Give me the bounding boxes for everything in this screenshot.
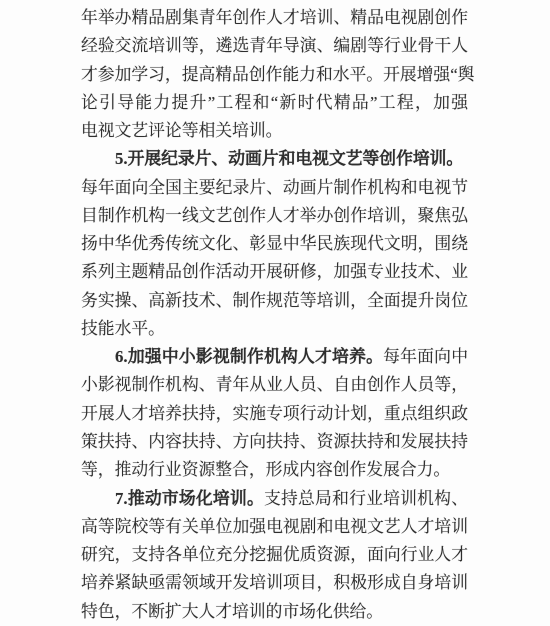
text-line-17: 等，推动行业资源整合，形成内容创作发展合力。 [81,456,468,484]
heading-text-segment: 7.推动市场化培训。 [115,489,264,508]
document-text-block: 年举办精品剧集青年创作人才培训、精品电视剧创作经验交流培训等，遴选青年导演、编剧… [81,4,468,626]
body-text-segment: 经验交流培训等，遴选青年导演、编剧等行业骨干人 [81,36,468,55]
text-line-2: 经验交流培训等，遴选青年导演、编剧等行业骨干人 [81,32,468,60]
body-text-segment: 电视文艺评论等相关培训。 [81,121,282,140]
heading-text-segment: 6.加强中小影视制作机构人才培养。 [115,347,383,366]
text-line-4: 论引导能力提升”工程和“新时代精品”工程，加强 [81,89,468,117]
text-line-14: 小影视制作机构、青年从业人员、自由创作人员等， [81,371,468,399]
body-text-segment: 特色，不断扩大人才培训的市场化供给。 [81,602,383,621]
body-text-segment: 扬中华优秀传统文化、彰显中华民族现代文明，围绕 [81,234,468,253]
body-text-segment: 才参加学习，提高精品创作能力和水平。开展增强“舆 [81,65,474,84]
text-line-20: 研究，支持各单位充分挖掘优质资源，面向行业人才 [81,541,468,569]
text-line-18: 7.推动市场化培训。支持总局和行业培训机构、 [81,485,468,513]
body-text-segment: 每年面向全国主要纪录片、动画片制作机构和电视节 [81,178,468,197]
text-line-13: 6.加强中小影视制作机构人才培养。每年面向中 [81,343,468,371]
text-line-8: 目制作机构一线文艺创作人才举办创作培训，聚焦弘 [81,202,468,230]
text-line-15: 开展人才培养扶持，实施专项行动计划，重点组织政 [81,400,468,428]
text-line-22: 特色，不断扩大人才培训的市场化供给。 [81,598,468,626]
heading-text-segment: 5.开展纪录片、动画片和电视文艺等创作培训。 [115,149,463,168]
body-text-segment: 每年面向中 [383,347,468,366]
text-line-12: 技能水平。 [81,315,468,343]
body-text-segment: 务实操、高新技术、制作规范等培训，全面提升岗位 [81,291,468,310]
body-text-segment: 高等院校等有关单位加强电视剧和电视文艺人才培训 [81,517,468,536]
text-line-5: 电视文艺评论等相关培训。 [81,117,468,145]
text-line-3: 才参加学习，提高精品创作能力和水平。开展增强“舆 [81,61,468,89]
body-text-segment: 小影视制作机构、青年从业人员、自由创作人员等， [81,375,468,394]
body-text-segment: 等，推动行业资源整合，形成内容创作发展合力。 [81,460,450,479]
body-text-segment: 支持总局和行业培训机构、 [264,489,468,508]
body-text-segment: 开展人才培养扶持，实施专项行动计划，重点组织政 [81,404,468,423]
text-line-21: 培养紧缺亟需领域开发培训项目，积极形成自身培训 [81,569,468,597]
text-line-19: 高等院校等有关单位加强电视剧和电视文艺人才培训 [81,513,468,541]
body-text-segment: 培养紧缺亟需领域开发培训项目，积极形成自身培训 [81,573,468,592]
text-line-9: 扬中华优秀传统文化、彰显中华民族现代文明，围绕 [81,230,468,258]
body-text-segment: 论引导能力提升”工程和“新时代精品”工程，加强 [81,93,468,112]
text-line-11: 务实操、高新技术、制作规范等培训，全面提升岗位 [81,287,468,315]
text-line-16: 策扶持、内容扶持、方向扶持、资源扶持和发展扶持 [81,428,468,456]
document-page: 年举办精品剧集青年创作人才培训、精品电视剧创作经验交流培训等，遴选青年导演、编剧… [0,0,550,626]
text-line-10: 系列主题精品创作活动开展研修，加强专业技术、业 [81,258,468,286]
body-text-segment: 目制作机构一线文艺创作人才举办创作培训，聚焦弘 [81,206,468,225]
body-text-segment: 年举办精品剧集青年创作人才培训、精品电视剧创作 [81,8,468,27]
body-text-segment: 技能水平。 [81,319,165,338]
body-text-segment: 研究，支持各单位充分挖掘优质资源，面向行业人才 [81,545,468,564]
body-text-segment: 策扶持、内容扶持、方向扶持、资源扶持和发展扶持 [81,432,468,451]
text-line-6: 5.开展纪录片、动画片和电视文艺等创作培训。 [81,145,468,173]
body-text-segment: 系列主题精品创作活动开展研修，加强专业技术、业 [81,262,468,281]
text-line-1: 年举办精品剧集青年创作人才培训、精品电视剧创作 [81,4,468,32]
text-line-7: 每年面向全国主要纪录片、动画片制作机构和电视节 [81,174,468,202]
